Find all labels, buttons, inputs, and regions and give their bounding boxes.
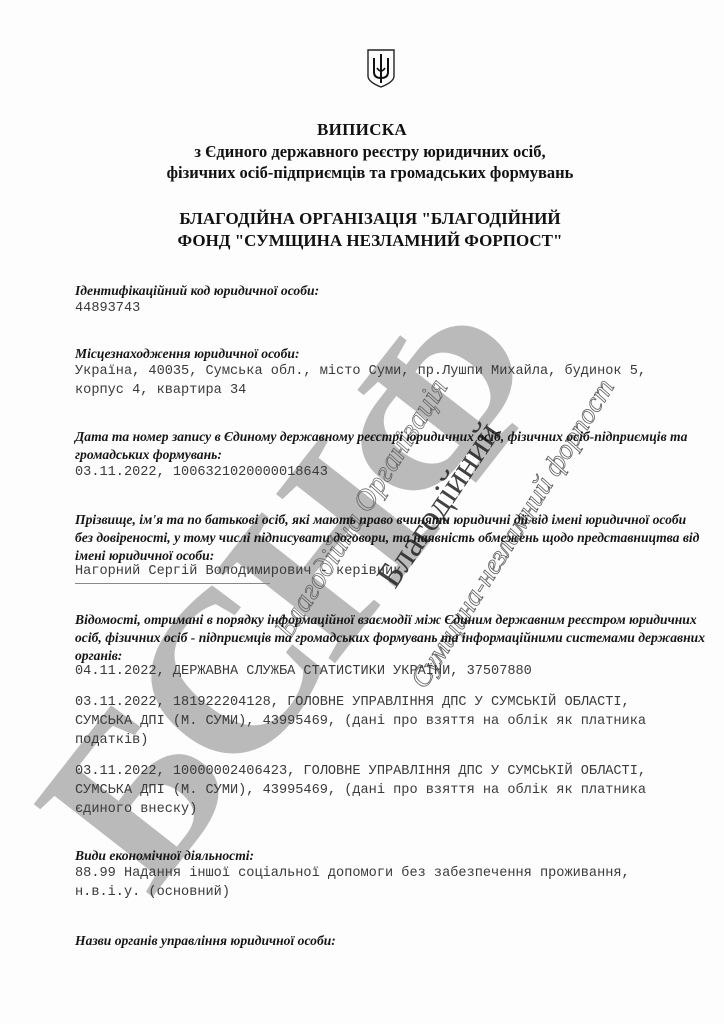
location-label: Місцезнаходження юридичної особи: [75, 345, 705, 363]
interaction-entry: 03.11.2022, 10000002406423, ГОЛОВНЕ УПРА… [75, 762, 700, 819]
interaction-entry: 03.11.2022, 181922204128, ГОЛОВНЕ УПРАВЛ… [75, 693, 700, 750]
registration-value: 03.11.2022, 1006321020000018643 [75, 463, 700, 482]
activities-label: Види економічної діяльності: [75, 847, 705, 865]
document-title: ВИПИСКА [0, 120, 724, 140]
organization-name-line1: БЛАГОДІЙНА ОРГАНІЗАЦІЯ "БЛАГОДІЙНИЙ [8, 209, 724, 229]
signature-underline [75, 583, 270, 584]
id-code-label: Ідентифікаційний код юридичної особи: [75, 282, 705, 300]
signatories-value: Нагорний Сергій Володимирович - керівник [75, 562, 700, 581]
interaction-label: Відомості, отримані в порядку інформацій… [75, 611, 705, 665]
signatories-label: Прізвище, ім'я та по батькові осіб, які … [75, 511, 705, 565]
organization-name-line2: ФОНД "СУМЩИНА НЕЗЛАМНИЙ ФОРПОСТ" [8, 231, 724, 251]
id-code-value: 44893743 [75, 299, 700, 318]
activities-value: 88.99 Надання іншої соціальної допомоги … [75, 864, 700, 902]
interaction-entry: 04.11.2022, ДЕРЖАВНА СЛУЖБА СТАТИСТИКИ У… [75, 662, 700, 681]
governing-bodies-label: Назви органів управління юридичної особи… [75, 932, 705, 950]
watermark-text-outer: Благодійна Організація [267, 373, 454, 645]
location-value: Україна, 40035, Сумська обл., місто Суми… [75, 362, 700, 400]
document-subtitle-line1: з Єдиного державного реєстру юридичних о… [8, 142, 724, 162]
registration-label: Дата та номер запису в Єдиному державном… [75, 428, 705, 464]
ukraine-trident-emblem [366, 48, 396, 88]
document-subtitle-line2: фізичних осіб-підприємців та громадських… [8, 163, 724, 183]
